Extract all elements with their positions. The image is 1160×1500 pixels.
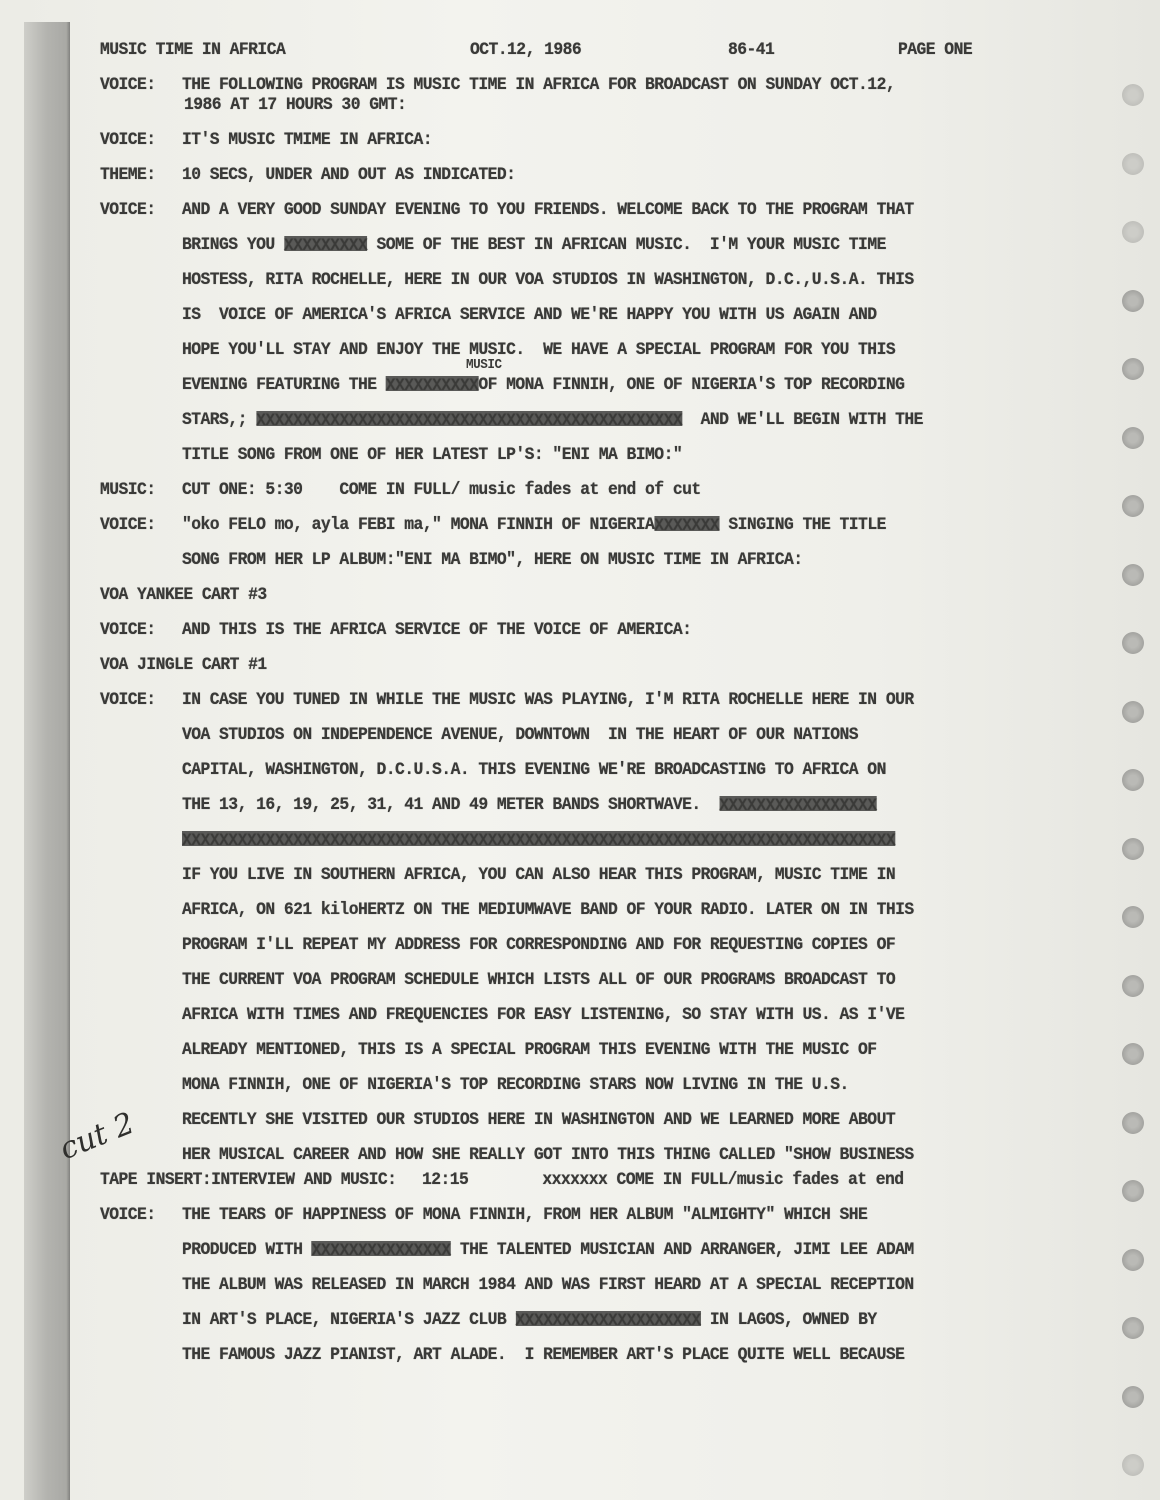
script-line: MONA FINNIH, ONE OF NIGERIA'S TOP RECORD…	[182, 1075, 849, 1095]
script-line: CAPITAL, WASHINGTON, D.C.U.S.A. THIS EVE…	[182, 760, 886, 780]
script-line: IF YOU LIVE IN SOUTHERN AFRICA, YOU CAN …	[182, 865, 895, 885]
line-text: BRINGS YOU	[182, 235, 284, 255]
line-text: THE TALENTED MUSICIAN AND ARRANGER, JIMI…	[451, 1240, 914, 1260]
script-line: STARS,; XXXXXXXXXXXXXXXXXXXXXXXXXXXXXXXX…	[182, 410, 923, 430]
header-program: MUSIC TIME IN AFRICA	[100, 40, 285, 60]
redaction-strike: XXXXXXXXXXXXXXXXXXXXXXXXXXXXXXXXXXXXXXXX…	[256, 411, 682, 426]
script-line: EVENING FEATURING THE XXXXXXXXXXOF MONA …	[182, 375, 904, 395]
punch-hole-icon	[1122, 632, 1144, 654]
line-text: IN LAGOS, OWNED BY	[701, 1310, 877, 1330]
script-line: PROGRAM I'LL REPEAT MY ADDRESS FOR CORRE…	[182, 935, 895, 955]
script-line: RECENTLY SHE VISITED OUR STUDIOS HERE IN…	[182, 1110, 895, 1130]
header-date: OCT.12, 1986	[470, 40, 581, 60]
line-text: PRODUCED WITH	[182, 1240, 312, 1260]
punch-hole-icon	[1122, 906, 1144, 928]
script-line: VOA STUDIOS ON INDEPENDENCE AVENUE, DOWN…	[182, 725, 858, 745]
punch-hole-icon	[1122, 495, 1144, 517]
punch-hole-icon	[1122, 153, 1144, 175]
punch-hole-icon	[1122, 290, 1144, 312]
script-line: THE ALBUM WAS RELEASED IN MARCH 1984 AND…	[182, 1275, 914, 1295]
punch-hole-icon	[1122, 975, 1144, 997]
tractor-feed-holes	[1100, 0, 1160, 1500]
line-text: "oko FELO mo, ayla FEBI ma," MONA FINNIH…	[182, 515, 654, 535]
script-line: AFRICA WITH TIMES AND FREQUENCIES FOR EA…	[182, 1005, 904, 1025]
punch-hole-icon	[1122, 564, 1144, 586]
header-number: 86-41	[728, 40, 774, 60]
script-line: PRODUCED WITH XXXXXXXXXXXXXXX THE TALENT…	[182, 1240, 914, 1260]
cue-label: VOICE:	[100, 515, 156, 535]
script-line: XXXXXXXXXXXXXXXXXXXXXXXXXXXXXXXXXXXXXXXX…	[182, 830, 895, 850]
script-line: CUT ONE: 5:30 COME IN FULL/ music fades …	[182, 480, 701, 500]
script-line: AND THIS IS THE AFRICA SERVICE OF THE VO…	[182, 620, 691, 640]
punch-hole-icon	[1122, 221, 1144, 243]
script-line: "oko FELO mo, ayla FEBI ma," MONA FINNIH…	[182, 515, 886, 535]
script-line: AFRICA, ON 621 kiloHERTZ ON THE MEDIUMWA…	[182, 900, 914, 920]
punch-hole-icon	[1122, 1180, 1144, 1202]
inserted-word-music: MUSIC	[466, 357, 502, 373]
script-line: HER MUSICAL CAREER AND HOW SHE REALLY GO…	[182, 1145, 914, 1165]
redaction-strike: XXXXXXXXXX	[386, 376, 479, 391]
line-text: SINGING THE TITLE	[719, 515, 886, 535]
punch-hole-icon	[1122, 358, 1144, 380]
line-text: STARS,;	[182, 410, 256, 430]
punch-hole-icon	[1122, 1043, 1144, 1065]
cue-label: VOA JINGLE CART #1	[100, 655, 267, 675]
script-line: 12:15 xxxxxxx COME IN FULL/music fades a…	[422, 1170, 904, 1190]
redaction-strike: XXXXXXXXX	[284, 236, 367, 251]
left-scan-shadow	[24, 22, 70, 1500]
script-line: THE CURRENT VOA PROGRAM SCHEDULE WHICH L…	[182, 970, 895, 990]
script-line: THE FOLLOWING PROGRAM IS MUSIC TIME IN A…	[182, 75, 895, 95]
punch-hole-icon	[1122, 1249, 1144, 1271]
redaction-strike: XXXXXXX	[654, 516, 719, 531]
script-line: IS VOICE OF AMERICA'S AFRICA SERVICE AND…	[182, 305, 877, 325]
script-line: TITLE SONG FROM ONE OF HER LATEST LP'S: …	[182, 445, 682, 465]
line-text: THE 13, 16, 19, 25, 31, 41 AND 49 METER …	[182, 795, 719, 815]
punch-hole-icon	[1122, 84, 1144, 106]
cue-label: VOICE:	[100, 690, 156, 710]
punch-hole-icon	[1122, 701, 1144, 723]
punch-hole-icon	[1122, 427, 1144, 449]
script-line: THE TEARS OF HAPPINESS OF MONA FINNIH, F…	[182, 1205, 867, 1225]
cue-label: TAPE INSERT:INTERVIEW AND MUSIC:	[100, 1170, 396, 1190]
script-line: HOPE YOU'LL STAY AND ENJOY THE MUSIC. WE…	[182, 340, 895, 360]
cue-label: THEME:	[100, 165, 156, 185]
script-line: BRINGS YOU XXXXXXXXX SOME OF THE BEST IN…	[182, 235, 886, 255]
line-text: SOME OF THE BEST IN AFRICAN MUSIC. I'M Y…	[367, 235, 886, 255]
line-text: AND WE'LL BEGIN WITH THE	[682, 410, 923, 430]
header-page: PAGE ONE	[898, 40, 972, 60]
line-text: EVENING FEATURING THE	[182, 375, 386, 395]
punch-hole-icon	[1122, 838, 1144, 860]
punch-hole-icon	[1122, 769, 1144, 791]
script-line: THE FAMOUS JAZZ PIANIST, ART ALADE. I RE…	[182, 1345, 904, 1365]
cue-label: VOICE:	[100, 200, 156, 220]
cue-label: VOICE:	[100, 1205, 156, 1225]
script-line: 1986 AT 17 HOURS 30 GMT:	[184, 95, 406, 115]
punch-hole-icon	[1122, 1317, 1144, 1339]
cue-label: MUSIC:	[100, 480, 156, 500]
redaction-strike: XXXXXXXXXXXXXXXXXXXX	[515, 1311, 700, 1326]
cue-label: VOICE:	[100, 75, 156, 95]
script-line: AND A VERY GOOD SUNDAY EVENING TO YOU FR…	[182, 200, 914, 220]
punch-hole-icon	[1122, 1386, 1144, 1408]
script-line: ALREADY MENTIONED, THIS IS A SPECIAL PRO…	[182, 1040, 877, 1060]
cue-label: VOICE:	[100, 620, 156, 640]
punch-hole-icon	[1122, 1112, 1144, 1134]
script-line: HOSTESS, RITA ROCHELLE, HERE IN OUR VOA …	[182, 270, 914, 290]
script-line: SONG FROM HER LP ALBUM:"ENI MA BIMO", HE…	[182, 550, 802, 570]
script-line: IT'S MUSIC TMIME IN AFRICA:	[182, 130, 432, 150]
script-line: 10 SECS, UNDER AND OUT AS INDICATED:	[182, 165, 515, 185]
script-line: THE 13, 16, 19, 25, 31, 41 AND 49 METER …	[182, 795, 877, 815]
redaction-strike: XXXXXXXXXXXXXXXXXXXXXXXXXXXXXXXXXXXXXXXX…	[182, 831, 895, 846]
redaction-strike: XXXXXXXXXXXXXXXXX	[719, 796, 876, 811]
cue-label: VOA YANKEE CART #3	[100, 585, 267, 605]
line-text: OF MONA FINNIH, ONE OF NIGERIA'S TOP REC…	[478, 375, 904, 395]
script-line: IN CASE YOU TUNED IN WHILE THE MUSIC WAS…	[182, 690, 914, 710]
script-line: IN ART'S PLACE, NIGERIA'S JAZZ CLUB XXXX…	[182, 1310, 877, 1330]
punch-hole-icon	[1122, 1454, 1144, 1476]
cue-label: VOICE:	[100, 130, 156, 150]
line-text: IN ART'S PLACE, NIGERIA'S JAZZ CLUB	[182, 1310, 515, 1330]
redaction-strike: XXXXXXXXXXXXXXX	[312, 1241, 451, 1256]
